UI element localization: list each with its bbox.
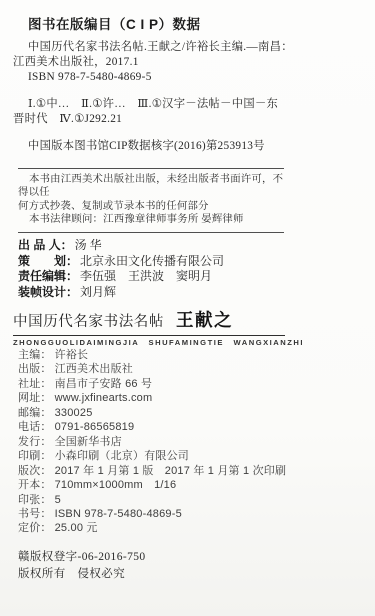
credit-row-planner: 策 划：北京永田文化传播有限公司 [18, 254, 224, 270]
detail-label: 主编： [18, 348, 52, 362]
credit-value: 李伍强 王洪波 窦明月 [80, 269, 212, 283]
cip-record-isbn: ISBN 978-7-5480-4869-5 [13, 70, 323, 85]
credit-value: 刘月辉 [80, 285, 116, 299]
book-title-line: 中国历代名家书法名帖王献之 [13, 307, 285, 332]
title-pinyin: ZHONGGUOLIDAIMINGJIA SHUFAMINGTIE WANGXI… [13, 335, 285, 347]
credit-label: 出 品 人： [18, 238, 73, 252]
book-title-block: 中国历代名家书法名帖王献之 ZHONGGUOLIDAIMINGJIA SHUFA… [13, 307, 285, 347]
publication-details: 主编：许裕长 出版：江西美术出版社 社址：南昌市子安路 66 号 网址：www.… [18, 348, 286, 536]
detail-label: 电话： [18, 420, 52, 434]
credit-label: 责任编辑： [18, 269, 78, 283]
detail-value: 小森印刷（北京）有限公司 [55, 449, 287, 463]
detail-row-edition: 版次：2017 年 1 月第 1 版 2017 年 1 月第 1 次印刷 [18, 464, 286, 478]
cip-record-line: 中国历代名家书法名帖.王献之/许裕长主编.—南昌： [13, 40, 323, 55]
detail-row-printer: 印刷：小森印刷（北京）有限公司 [18, 449, 286, 463]
cip-class-line: Ⅰ.①中… Ⅱ.①许… Ⅲ.①汉字－法帖－中国－东 [13, 97, 323, 112]
detail-label: 社址： [18, 377, 52, 391]
cip-registry-number: 中国版本图书馆CIP数据核字(2016)第253913号 [28, 137, 265, 153]
credit-row-designer: 装帧设计：刘月辉 [18, 285, 224, 301]
rights-reserved-line: 版权所有 侵权必究 [18, 566, 146, 583]
detail-value: 0791-86565819 [55, 420, 287, 434]
detail-value: 5 [55, 493, 287, 507]
detail-label: 印张： [18, 493, 52, 507]
detail-value: 全国新华书店 [55, 435, 287, 449]
detail-row-postcode: 邮编：330025 [18, 406, 286, 420]
detail-label: 书号： [18, 507, 52, 521]
credit-label: 策 划： [18, 254, 78, 268]
credit-value: 汤 华 [75, 238, 102, 252]
series-title: 中国历代名家书法名帖 [13, 314, 164, 330]
legal-notice: 本书由江西美术出版社出版，未经出版者书面许可，不得以任 何方式抄袭、复制或节录本… [18, 168, 284, 233]
credits-list: 出 品 人：汤 华 策 划：北京永田文化传播有限公司 责任编辑：李伍强 王洪波 … [18, 238, 224, 300]
detail-label: 网址： [18, 391, 52, 405]
detail-row-sheets: 印张：5 [18, 493, 286, 507]
detail-label: 定价： [18, 521, 52, 535]
cip-header: 图书在版编目（C I P）数据 [28, 13, 201, 33]
detail-value: ISBN 978-7-5480-4869-5 [55, 507, 287, 521]
legal-notice-line: 何方式抄袭、复制或节录本书的任何部分 [18, 200, 284, 213]
detail-label: 版次： [18, 464, 52, 478]
cip-record: 中国历代名家书法名帖.王献之/许裕长主编.—南昌： 江西美术出版社，2017.1… [13, 40, 323, 85]
cip-classification: Ⅰ.①中… Ⅱ.①许… Ⅲ.①汉字－法帖－中国－东 晋时代 Ⅳ.①J292.21 [13, 97, 323, 127]
detail-value: 江西美术出版社 [55, 362, 287, 376]
detail-label: 开本： [18, 478, 52, 492]
credit-label: 装帧设计： [18, 285, 78, 299]
detail-value: 25.00 元 [55, 521, 287, 535]
legal-notice-line: 本书由江西美术出版社出版，未经出版者书面许可，不得以任 [18, 173, 284, 200]
copyright-page: 图书在版编目（C I P）数据 中国历代名家书法名帖.王献之/许裕长主编.—南昌… [0, 0, 375, 616]
cip-class-line: 晋时代 Ⅳ.①J292.21 [13, 112, 323, 127]
detail-row-isbn: 书号：ISBN 978-7-5480-4869-5 [18, 507, 286, 521]
detail-value: 330025 [55, 406, 287, 420]
detail-value: 2017 年 1 月第 1 版 2017 年 1 月第 1 次印刷 [55, 464, 287, 478]
detail-label: 印刷： [18, 449, 52, 463]
detail-row-editor: 主编：许裕长 [18, 348, 286, 362]
detail-label: 邮编： [18, 406, 52, 420]
cip-record-line: 江西美术出版社，2017.1 [13, 55, 323, 70]
registration-number: 赣版权登字-06-2016-750 [18, 549, 146, 566]
detail-value: 许裕长 [55, 348, 287, 362]
detail-row-format: 开本：710mm×1000mm 1/16 [18, 478, 286, 492]
detail-row-distribution: 发行：全国新华书店 [18, 435, 286, 449]
detail-label: 发行： [18, 435, 52, 449]
detail-row-price: 定价：25.00 元 [18, 521, 286, 535]
credit-value: 北京永田文化传播有限公司 [80, 254, 224, 268]
detail-value: www.jxfinearts.com [55, 391, 287, 405]
detail-row-website: 网址：www.jxfinearts.com [18, 391, 286, 405]
detail-row-address: 社址：南昌市子安路 66 号 [18, 377, 286, 391]
detail-label: 出版： [18, 362, 52, 376]
legal-counsel-line: 本书法律顾问：江西豫章律师事务所 晏辉律师 [18, 213, 284, 226]
detail-row-phone: 电话：0791-86565819 [18, 420, 286, 434]
book-title: 王献之 [176, 310, 233, 330]
detail-value: 南昌市子安路 66 号 [55, 377, 287, 391]
detail-row-publisher: 出版：江西美术出版社 [18, 362, 286, 376]
credit-row-editors: 责任编辑：李伍强 王洪波 窦明月 [18, 269, 224, 285]
copyright-footer: 赣版权登字-06-2016-750 版权所有 侵权必究 [18, 549, 146, 582]
credit-row-producer: 出 品 人：汤 华 [18, 238, 224, 254]
detail-value: 710mm×1000mm 1/16 [55, 478, 287, 492]
